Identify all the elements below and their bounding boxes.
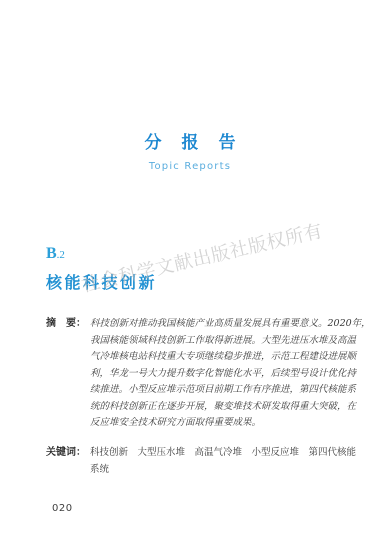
abstract-line: 续推进。小型反应堆示范项目前期工作有序推进，第四代核能系 — [90, 382, 346, 399]
section-number: B.2 — [46, 245, 157, 262]
abstract-line: 利，华龙一号大力提升数字化智能化水平，后续型号设计优化持 — [90, 366, 346, 383]
keywords-line: 科技创新 大型压水堆 高温气冷堆 小型反应堆 第四代核能 — [90, 445, 346, 462]
part-title-english: Topic Reports — [0, 161, 380, 172]
abstract-line: 统的科技创新正在逐步开展，聚变堆技术研发取得重大突破，在 — [90, 399, 346, 416]
abstract-label: 摘 要： — [46, 316, 86, 333]
abstract-line: 气冷堆核电站科技重大专项继续稳步推进，示范工程建设进展顺 — [90, 349, 346, 366]
part-title-block: 分报告 Topic Reports — [0, 128, 380, 172]
keywords-line: 系统 — [90, 462, 346, 479]
keywords-label: 关键词： — [46, 445, 86, 462]
abstract-line: 我国核能领域科技创新工作取得新进展。大型先进压水堆及高温 — [90, 333, 346, 350]
keywords-block: 关键词： 科技创新 大型压水堆 高温气冷堆 小型反应堆 第四代核能 系统 — [46, 445, 346, 478]
abstract-block: 摘 要： 科技创新对推动我国核能产业高质量发展具有重要意义。2020年， 我国核… — [46, 316, 346, 432]
section-number-letter: B — [46, 245, 57, 262]
abstract-line: 反应堆安全技术研究方面取得重要成果。 — [90, 415, 346, 432]
report-page: 分报告 Topic Reports 社会科学文献出版社版权所有 B.2 核能科技… — [0, 0, 380, 548]
part-title: 分报告 — [0, 128, 380, 153]
abstract-line: 科技创新对推动我国核能产业高质量发展具有重要意义。2020年， — [90, 316, 346, 333]
section-heading-block: B.2 核能科技创新 — [46, 245, 157, 293]
page-number: 020 — [52, 503, 73, 514]
section-number-digit: .2 — [57, 249, 65, 261]
abstract-text: 科技创新对推动我国核能产业高质量发展具有重要意义。2020年， 我国核能领域科技… — [90, 316, 346, 432]
section-title: 核能科技创新 — [46, 270, 157, 293]
keywords-text: 科技创新 大型压水堆 高温气冷堆 小型反应堆 第四代核能 系统 — [90, 445, 346, 478]
